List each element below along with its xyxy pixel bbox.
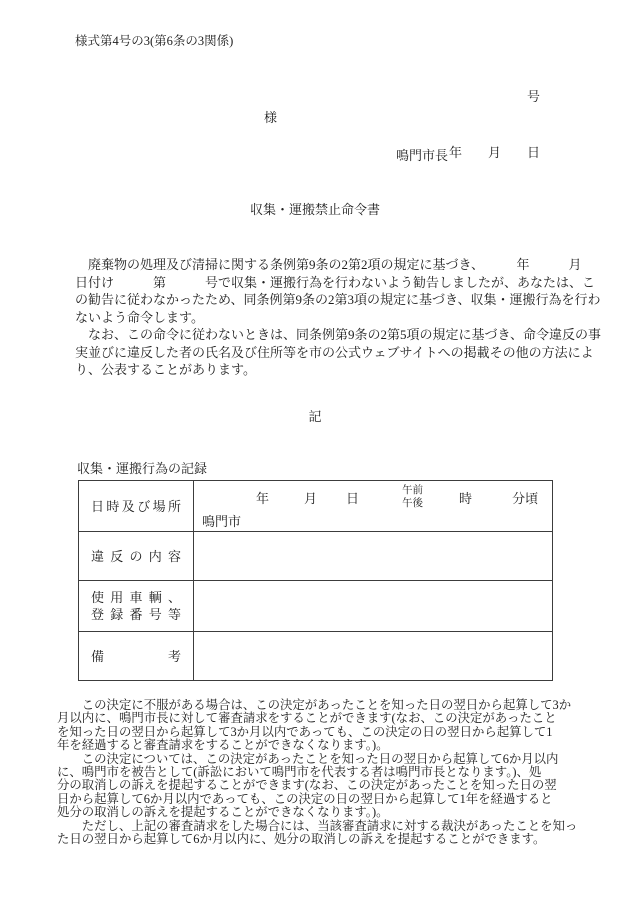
doc-number-line: 号 [449,88,540,107]
pm-label: 午後 [402,498,423,511]
hour-label: 時 [459,488,472,507]
year-label: 年 [256,488,269,507]
table-row-datetime-place: 日時及び場所 年 月 日 午前 午後 時 分頃 鳴門市 [79,481,553,532]
document-title: 収集・運搬禁止命令書 [0,199,630,218]
datetime-place-value-cell: 年 月 日 午前 午後 時 分頃 鳴門市 [194,481,553,532]
table-row-vehicle: 使用車輌、 登録番号等 [79,581,553,632]
recipient-marker: 様 [264,107,277,126]
document-header-right: 号 年 月 日 [449,51,540,199]
form-number: 様式第4号の3(第6条の3関係) [75,31,233,49]
row-label-remarks: 備考 [91,648,181,665]
issuer-title: 鳴門市長 [396,145,448,164]
table-row-violation: 違反の内容 [79,532,553,581]
minute-label: 分頃 [512,488,538,507]
am-pm-stack: 午前 午後 [402,485,423,510]
row-label-vehicle-line1: 使用車輌、 [91,589,181,606]
row-label-vehicle-line2: 登録番号等 [91,606,181,623]
vehicle-value-cell [194,581,553,632]
day-label: 日 [346,488,359,507]
row-label-cell: 使用車輌、 登録番号等 [79,581,194,632]
row-label-cell: 違反の内容 [79,532,194,581]
row-label-cell: 日時及び場所 [79,481,194,532]
record-table: 日時及び場所 年 月 日 午前 午後 時 分頃 鳴門市 違反の内 [78,480,553,681]
table-row-remarks: 備考 [79,632,553,681]
datetime-line: 年 月 日 午前 午後 時 分頃 [194,481,552,511]
remarks-value-cell [194,632,553,681]
row-label-datetime-place: 日時及び場所 [91,498,181,515]
row-label-cell: 備考 [79,632,194,681]
row-label-violation: 違反の内容 [91,548,181,565]
month-label: 月 [304,488,317,507]
order-document-page: 様式第4号の3(第6条の3関係) 号 年 月 日 様 鳴門市長 収集・運搬禁止命… [0,0,630,903]
issue-date-line: 年 月 日 [449,144,540,163]
am-label: 午前 [402,485,423,498]
place-prefix: 鳴門市 [194,511,552,531]
ki-marker: 記 [0,406,630,425]
order-body-text: 廃棄物の処理及び清掃に関する条例第9条の2第2項の規定に基づき、 年 月 日付け… [75,256,601,379]
appeal-notice-text: この決定に不服がある場合は、この決定があったことを知った日の翌日から起算して3か… [57,699,577,846]
record-section-heading: 収集・運搬行為の記録 [77,458,207,477]
violation-value-cell [194,532,553,581]
